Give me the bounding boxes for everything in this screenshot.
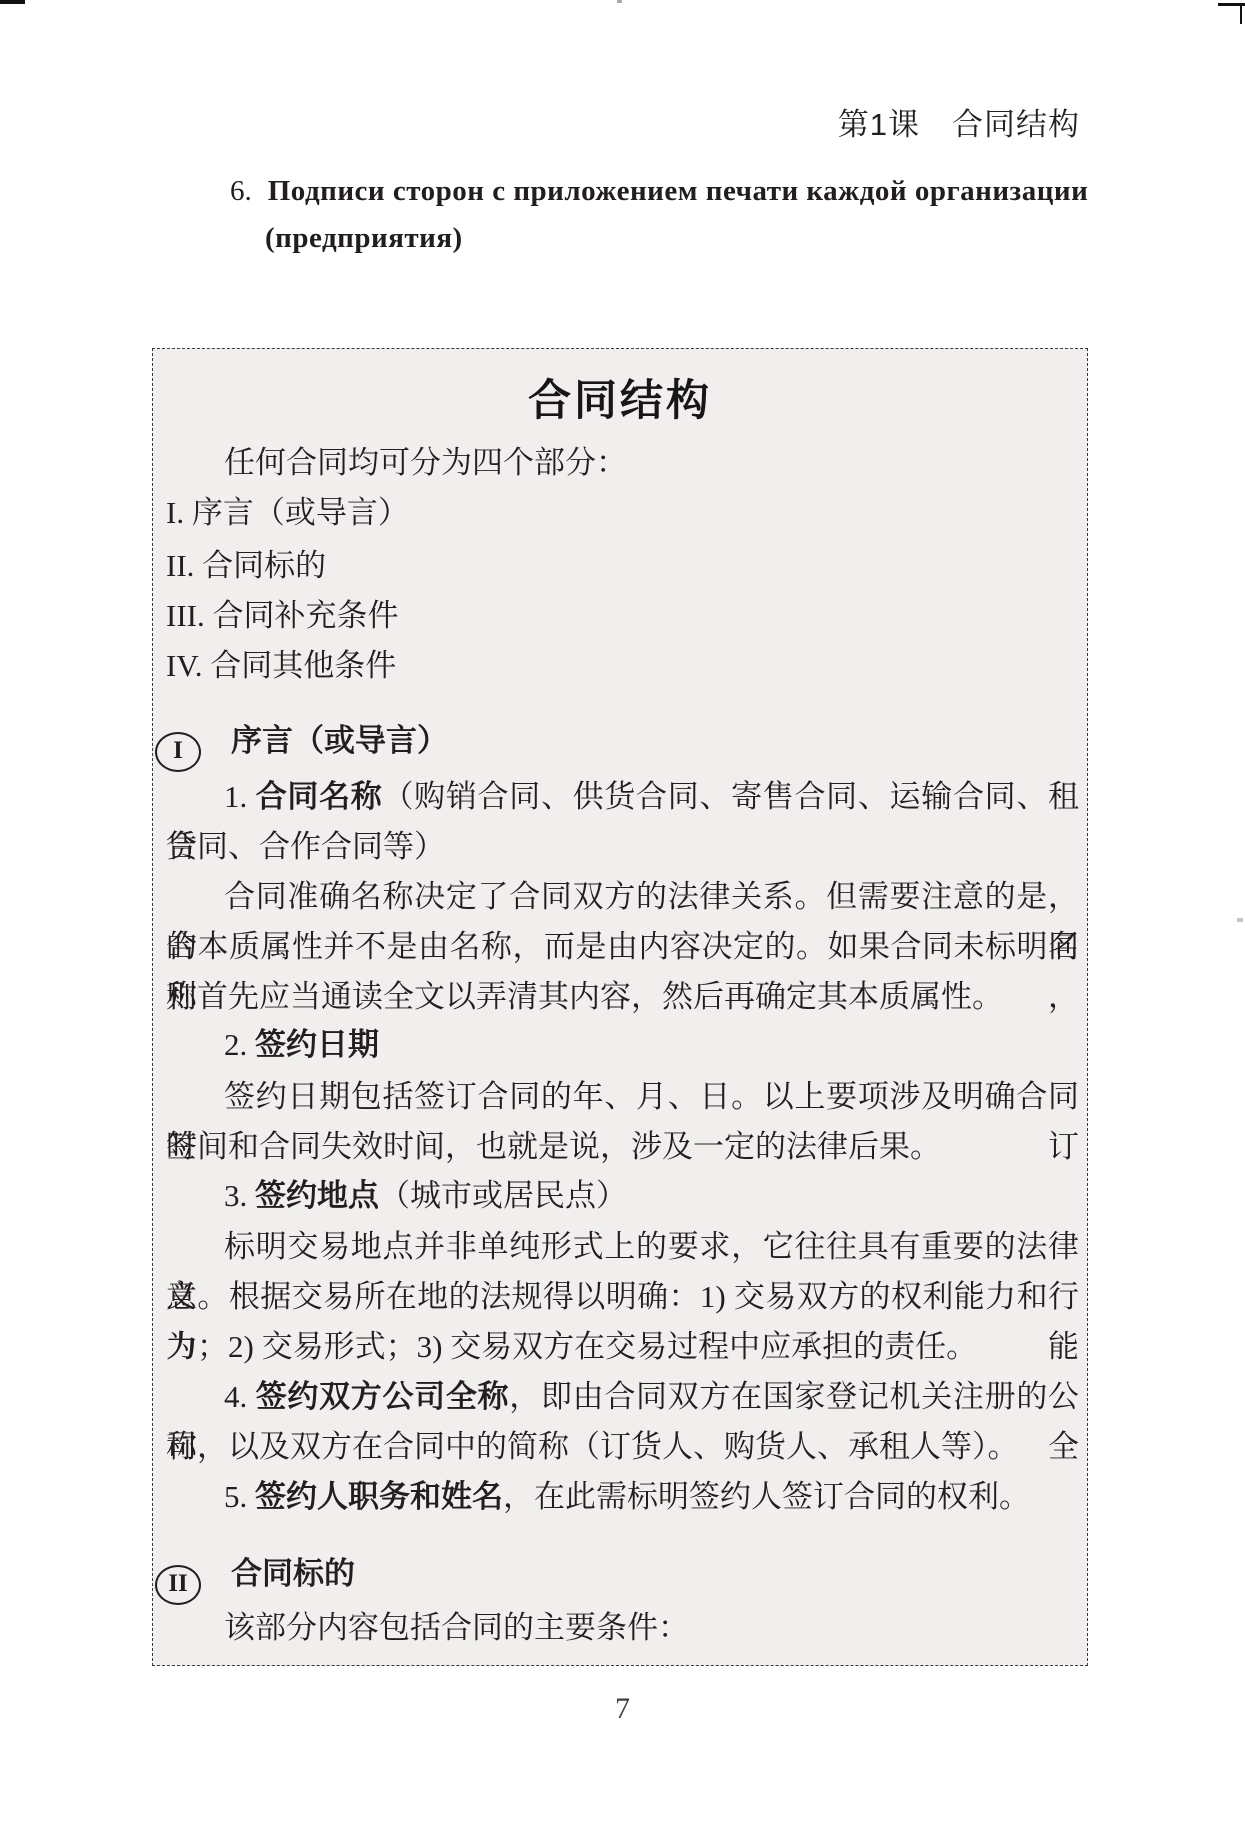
running-header: 第1课 合同结构 xyxy=(838,106,1080,144)
circled-numeral-2-icon: II xyxy=(155,1565,201,1605)
point-3-term: 签约地点 xyxy=(255,1178,379,1213)
point-4-term: 签约双方公司全称 xyxy=(256,1379,510,1414)
point-1-term: 合同名称 xyxy=(256,779,383,814)
section-2-title: 合同标的 xyxy=(231,1556,355,1591)
point-4-number: 4. xyxy=(224,1379,256,1414)
paragraph-2-line-1: 签约日期包括签订合同的年、月、日。以上要项涉及明确合同签订 xyxy=(166,1072,1079,1122)
point-3-rest: （城市或居民点） xyxy=(379,1178,627,1213)
contract-structure-box: 合同结构 任何合同均可分为四个部分： I. 序言（或导言） II. 合同标的 I… xyxy=(152,348,1088,1666)
section-2-intro-line: 该部分内容包括合同的主要条件： xyxy=(166,1603,1079,1653)
section-2-numeral: II xyxy=(168,1570,187,1597)
point-2-line: 2. 签约日期 xyxy=(166,1020,1079,1070)
outline-item-1: I. 序言（或导言） xyxy=(166,488,1079,538)
list-item-6-line1: 6.Подписи сторон с приложением печати ка… xyxy=(230,168,1100,215)
list-item-6: 6.Подписи сторон с приложением печати ка… xyxy=(230,168,1100,262)
point-4-line: 4. 签约双方公司全称，即由合同双方在国家登记机关注册的公司全 xyxy=(166,1372,1079,1422)
point-1-continuation: 合同、合作合同等） xyxy=(166,822,1079,872)
outline-item-2: II. 合同标的 xyxy=(166,541,1079,591)
section-1-title: 序言（或导言） xyxy=(231,723,448,758)
outline-item-4: IV. 合同其他条件 xyxy=(166,641,1079,691)
outline-item-3: III. 合同补充条件 xyxy=(166,591,1079,641)
point-5-line: 5. 签约人职务和姓名，在此需标明签约人签订合同的权利。 xyxy=(166,1472,1079,1522)
point-5-term: 签约人职务和姓名 xyxy=(255,1479,503,1514)
print-mark-top-left xyxy=(0,0,25,4)
paragraph-3-line-3: 力；2) 交易形式；3) 交易双方在交易过程中应承担的责任。 xyxy=(166,1322,1079,1372)
box-intro-line: 任何合同均可分为四个部分： xyxy=(166,438,1079,488)
section-1-heading: I序言（或导言） xyxy=(155,716,1079,766)
list-item-6-text: Подписи сторон с приложением печати кажд… xyxy=(268,175,1089,207)
point-1-line: 1. 合同名称（购销合同、供货合同、寄售合同、运输合同、租赁 xyxy=(166,772,1079,822)
paragraph-1-line-2: 的本质属性并不是由名称，而是由内容决定的。如果合同未标明名称， xyxy=(166,922,1079,972)
paragraph-2-line-2: 时间和合同失效时间，也就是说，涉及一定的法律后果。 xyxy=(166,1122,1079,1172)
paragraph-1-line-1: 合同准确名称决定了合同双方的法律关系。但需要注意的是，合同 xyxy=(166,872,1079,922)
point-1-number: 1. xyxy=(224,779,256,814)
section-1-numeral: I xyxy=(173,737,183,764)
paragraph-1-line-3: 则首先应当通读全文以弄清其内容，然后再确定其本质属性。 xyxy=(166,972,1079,1022)
point-3-number: 3. xyxy=(224,1178,255,1213)
circled-numeral-1-icon: I xyxy=(155,732,201,772)
box-title: 合同结构 xyxy=(153,375,1087,427)
list-item-6-line2: (предприятия) xyxy=(265,215,1100,262)
print-mark-right-edge xyxy=(1237,918,1243,922)
crop-mark-top-right-vertical xyxy=(1240,3,1242,24)
print-mark-top-center xyxy=(617,0,622,3)
point-3-line: 3. 签约地点（城市或居民点） xyxy=(166,1171,1079,1221)
point-2-number: 2. xyxy=(224,1027,255,1062)
page-number: 7 xyxy=(0,1692,1245,1726)
paragraph-3-line-1: 标明交易地点并非单纯形式上的要求，它往往具有重要的法律意 xyxy=(166,1222,1079,1272)
list-item-6-number: 6. xyxy=(230,168,252,215)
point-5-rest: ，在此需标明签约人签订合同的权利。 xyxy=(503,1479,1030,1514)
document-page: 第1课 合同结构 6.Подписи сторон с приложением … xyxy=(0,0,1245,1843)
point-5-number: 5. xyxy=(224,1479,255,1514)
paragraph-3-line-2: 义。根据交易所在地的法规得以明确：1) 交易双方的权利能力和行为能 xyxy=(166,1272,1079,1322)
section-2-heading: II合同标的 xyxy=(155,1549,1079,1599)
point-2-term: 签约日期 xyxy=(255,1027,379,1062)
point-4-continuation: 称，以及双方在合同中的简称（订货人、购货人、承租人等）。 xyxy=(166,1422,1079,1472)
